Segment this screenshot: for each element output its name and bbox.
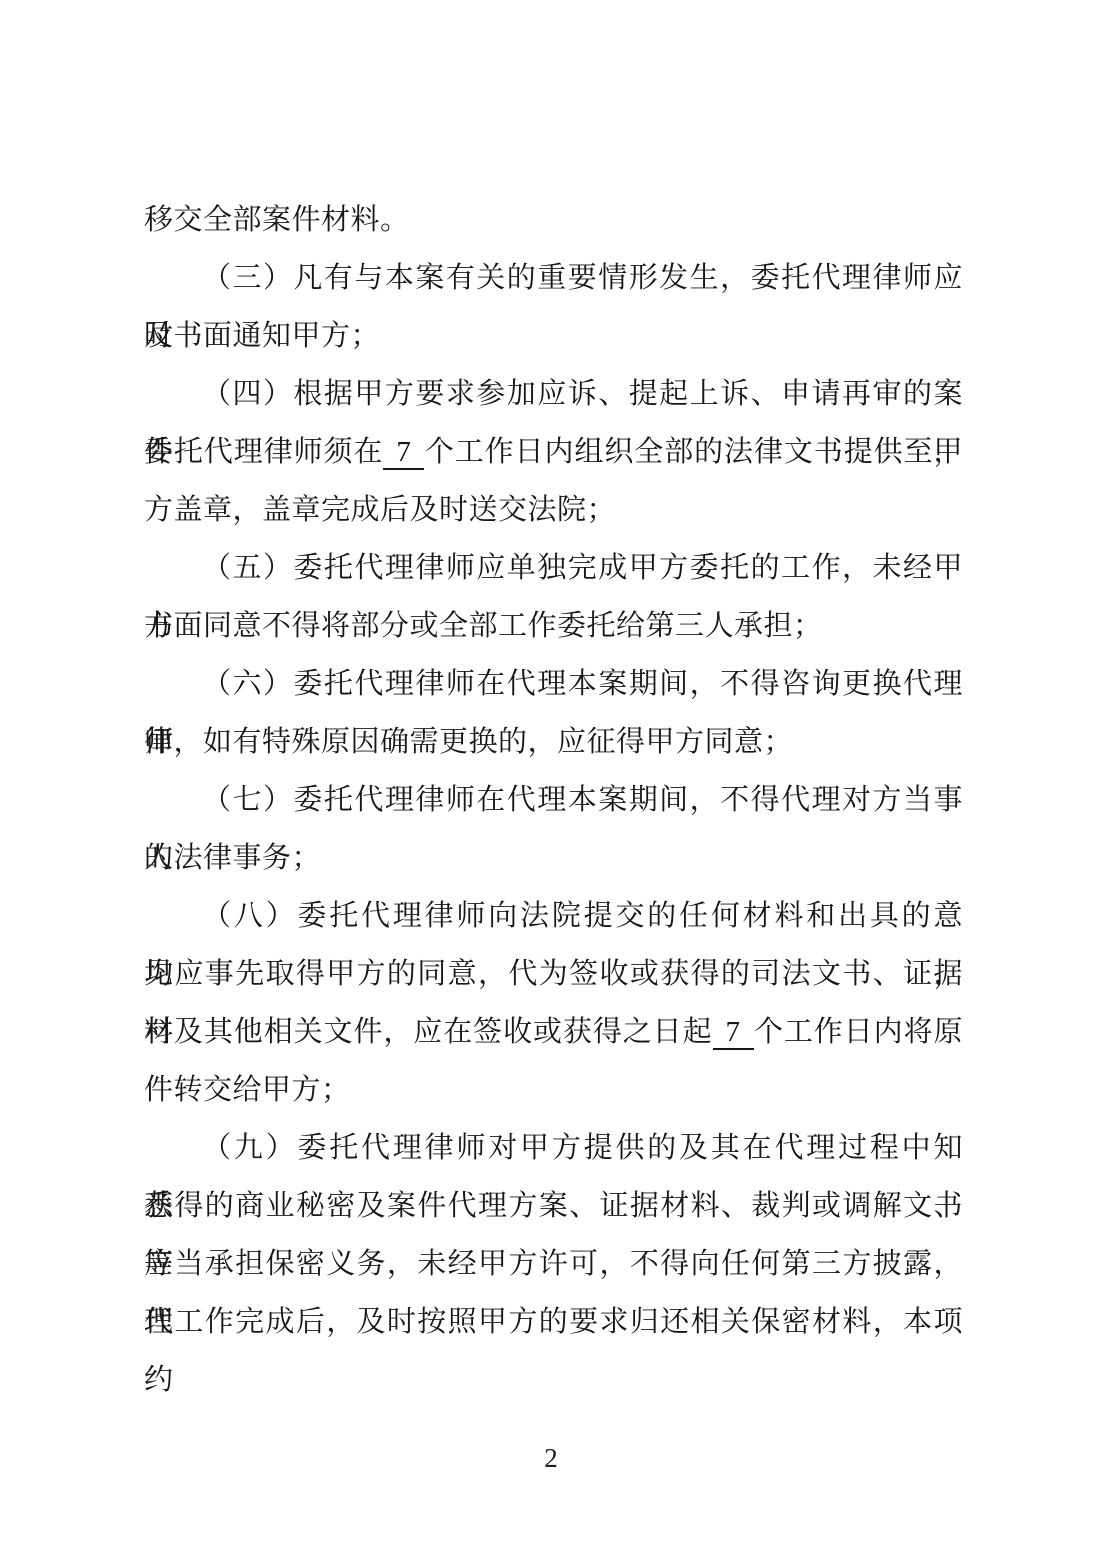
text-line: 的法律事务； (144, 829, 963, 887)
text-line: （四）根据甲方要求参加应诉、提起上诉、申请再审的案件， (144, 365, 963, 423)
text-line: 书面同意不得将部分或全部工作委托给第三人承担； (144, 597, 963, 655)
text-line: 件转交给甲方； (144, 1061, 963, 1119)
page-footer: 2 (0, 1438, 1102, 1478)
text-line: （七）委托代理律师在代理本案期间，不得代理对方当事人 (144, 771, 963, 829)
underlined-number: 7 (713, 1016, 754, 1050)
text-line: 应当承担保密义务，未经甲方许可，不得向任何第三方披露，代 (144, 1235, 963, 1293)
page-number: 2 (544, 1443, 558, 1473)
text-line: （九）委托代理律师对甲方提供的及其在代理过程中知悉、 (144, 1119, 963, 1177)
text-line: 委托代理律师须在7个工作日内组织全部的法律文书提供至甲 (144, 423, 963, 481)
text-line: （六）委托代理律师在代理本案期间，不得咨询更换代理律 (144, 655, 963, 713)
text-line: 获得的商业秘密及案件代理方案、证据材料、裁判或调解文书等 (144, 1177, 963, 1235)
text-line: 理工作完成后，及时按照甲方的要求归还相关保密材料，本项约 (144, 1293, 963, 1351)
line-text: 委托代理律师须在 (144, 436, 383, 468)
line-text: 料及其他相关文件，应在签收或获得之日起 (144, 1016, 713, 1048)
line-text: 个工作日内将原 (754, 1016, 963, 1048)
text-line: 师，如有特殊原因确需更换的，应征得甲方同意； (144, 713, 963, 771)
text-line: 时书面通知甲方； (144, 307, 963, 365)
text-line: （八）委托代理律师向法院提交的任何材料和出具的意见， (144, 887, 963, 945)
text-line: 料及其他相关文件，应在签收或获得之日起7个工作日内将原 (144, 1003, 963, 1061)
contract-body: 移交全部案件材料。 （三）凡有与本案有关的重要情形发生，委托代理律师应及 时书面… (144, 191, 963, 1351)
text-line: （五）委托代理律师应单独完成甲方委托的工作，未经甲方 (144, 539, 963, 597)
text-line: 方盖章，盖章完成后及时送交法院； (144, 481, 963, 539)
text-line: 移交全部案件材料。 (144, 191, 963, 249)
line-text: 个工作日内组织全部的法律文书提供至甲 (424, 436, 963, 468)
text-line: （三）凡有与本案有关的重要情形发生，委托代理律师应及 (144, 249, 963, 307)
underlined-number: 7 (383, 436, 424, 470)
document-page: 移交全部案件材料。 （三）凡有与本案有关的重要情形发生，委托代理律师应及 时书面… (0, 0, 1102, 1559)
text-line: 均应事先取得甲方的同意，代为签收或获得的司法文书、证据材 (144, 945, 963, 1003)
